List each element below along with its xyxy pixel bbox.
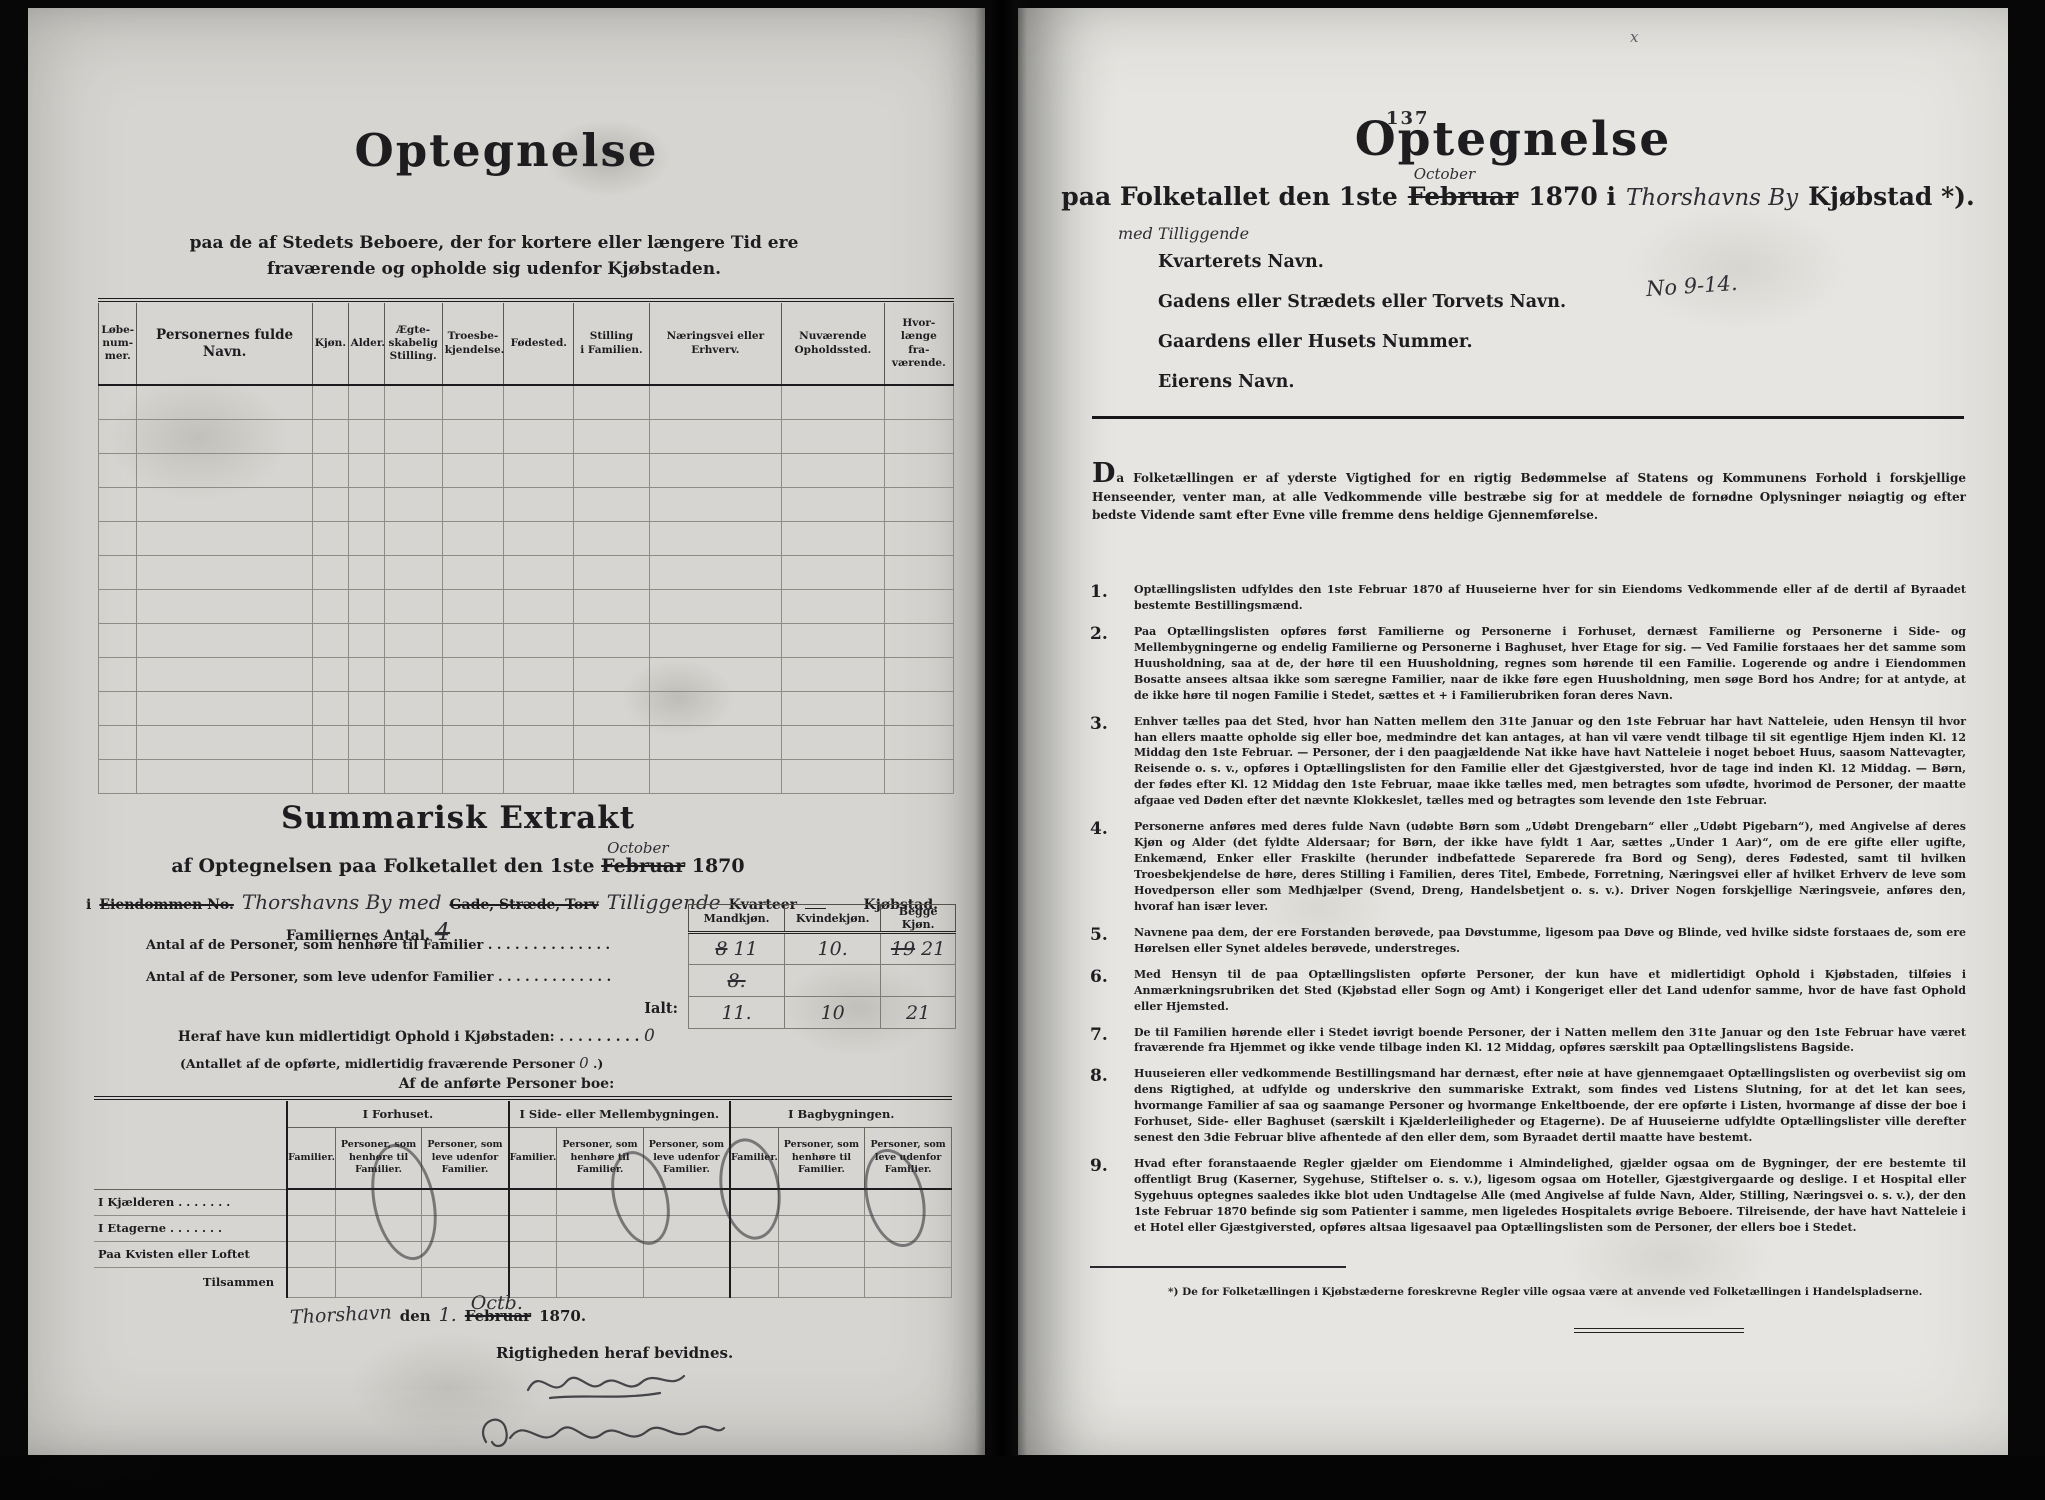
absence-table: Løbe- num- mer. Personernes fulde Navn. … bbox=[98, 303, 954, 794]
table-row bbox=[99, 589, 954, 623]
empty-cell bbox=[287, 1267, 335, 1297]
empty-cell bbox=[137, 385, 312, 419]
right-page-title: Optegnelse bbox=[1018, 112, 2008, 167]
empty-cell bbox=[442, 759, 504, 793]
instruction-number: 1. bbox=[1088, 582, 1134, 614]
empty-cell bbox=[348, 419, 384, 453]
empty-cell bbox=[504, 657, 574, 691]
empty-cell bbox=[782, 487, 885, 521]
address-line-owner: Eierens Navn. bbox=[1158, 372, 1294, 392]
instruction-text: Enhver tælles paa det Sted, hvor han Nat… bbox=[1134, 714, 1966, 810]
empty-cell bbox=[504, 521, 574, 555]
book-gutter bbox=[975, 0, 1027, 1500]
left-page-title: Optegnelse bbox=[28, 124, 985, 177]
empty-cell bbox=[99, 487, 137, 521]
extract-month-overwrite: Februar October bbox=[601, 855, 685, 877]
handwritten-value: 21 bbox=[906, 1002, 930, 1024]
row-label: Paa Kvisten eller Loftet bbox=[94, 1241, 287, 1267]
extract-title: Summarisk Extrakt bbox=[178, 800, 738, 836]
column-header: Alder. bbox=[348, 303, 384, 385]
address-line-street: Gadens eller Strædets eller Torvets Navn… bbox=[1158, 292, 1566, 312]
value-cell: 8. bbox=[689, 965, 785, 997]
empty-cell bbox=[649, 419, 782, 453]
dateline-month-overwrite: Februar Octb. bbox=[465, 1307, 531, 1325]
empty-cell bbox=[287, 1189, 335, 1215]
subject-pre: paa Folketallet den 1ste bbox=[1061, 182, 1397, 211]
subject-line: paa Folketallet den 1ste Februar October… bbox=[1068, 182, 1968, 211]
table-row bbox=[99, 691, 954, 725]
empty-cell bbox=[504, 555, 574, 589]
handwritten-month: October bbox=[1414, 165, 1475, 183]
empty-cell bbox=[778, 1215, 865, 1241]
empty-cell bbox=[137, 725, 312, 759]
empty-cell bbox=[884, 487, 953, 521]
handwritten-place: Thorshavns By med bbox=[242, 890, 442, 914]
empty-cell bbox=[649, 521, 782, 555]
empty-cell bbox=[384, 691, 442, 725]
empty-cell bbox=[99, 623, 137, 657]
empty-cell bbox=[574, 487, 649, 521]
absence-table-body bbox=[99, 385, 954, 793]
empty-cell bbox=[574, 691, 649, 725]
empty-cell bbox=[137, 691, 312, 725]
absent-label-pre: (Antallet af de opførte, midlertidig fra… bbox=[180, 1056, 575, 1071]
handwritten-day: 1. bbox=[439, 1304, 457, 1326]
instruction-text: Personerne anføres med deres fulde Navn … bbox=[1134, 819, 1966, 915]
empty-cell bbox=[287, 1215, 335, 1241]
empty-cell bbox=[649, 453, 782, 487]
subject-year: 1870 i bbox=[1528, 182, 1616, 211]
empty-cell bbox=[574, 725, 649, 759]
instruction-text: Navnene paa dem, der ere Forstanden berø… bbox=[1134, 925, 1966, 957]
struck-value: 8 bbox=[715, 938, 727, 960]
summary-header-row: Mandkjøn. Kvindekjøn. Begge Kjøn. bbox=[689, 905, 956, 933]
instruction-item: 4. Personerne anføres med deres fulde Na… bbox=[1088, 819, 1966, 915]
table-row bbox=[99, 657, 954, 691]
ink-blob bbox=[120, 1460, 160, 1474]
empty-cell bbox=[442, 521, 504, 555]
summary-count-table: Mandkjøn. Kvindekjøn. Begge Kjøn. 8 11 1… bbox=[688, 904, 956, 1029]
empty-cell bbox=[312, 725, 348, 759]
empty-cell bbox=[884, 589, 953, 623]
extract-subtitle-pre: af Optegnelsen paa Folketallet den 1ste bbox=[171, 855, 594, 877]
horizontal-rule bbox=[1092, 416, 1964, 419]
table-row bbox=[99, 623, 954, 657]
empty-cell bbox=[504, 759, 574, 793]
instruction-text: Med Hensyn til de paa Optællingslisten o… bbox=[1134, 967, 1966, 1015]
empty-cell bbox=[348, 453, 384, 487]
empty-cell bbox=[574, 385, 649, 419]
empty-cell bbox=[778, 1189, 865, 1215]
empty-cell bbox=[312, 657, 348, 691]
empty-cell bbox=[287, 1241, 335, 1267]
empty-cell bbox=[384, 555, 442, 589]
summary-row2-label: Antal af de Personer, som leve udenfor F… bbox=[146, 970, 611, 985]
struck-gade: Gade, Stræde, Torv bbox=[450, 897, 599, 913]
absent-persons-line: (Antallet af de opførte, midlertidig fra… bbox=[180, 1054, 603, 1072]
empty-cell bbox=[884, 521, 953, 555]
left-page: Optegnelse paa de af Stedets Beboere, de… bbox=[28, 8, 985, 1455]
empty-cell bbox=[442, 385, 504, 419]
empty-cell bbox=[504, 487, 574, 521]
summary-row1-label: Antal af de Personer, som henhøre til Fa… bbox=[146, 938, 610, 953]
empty-cell bbox=[384, 657, 442, 691]
empty-cell bbox=[384, 385, 442, 419]
empty-cell bbox=[778, 1241, 865, 1267]
empty-cell bbox=[442, 589, 504, 623]
value-cell: 8 11 bbox=[689, 933, 785, 965]
value-cell: 21 bbox=[881, 997, 956, 1029]
subcolumn-header: Familier. bbox=[287, 1127, 335, 1189]
instruction-item: 5. Navnene paa dem, der ere Forstanden b… bbox=[1088, 925, 1966, 957]
empty-cell bbox=[312, 521, 348, 555]
struck-eiendommen: Eiendommen No. bbox=[99, 897, 234, 913]
housing-row: I Etagerne . . . . . . . bbox=[94, 1215, 952, 1241]
document-scan: { "left_page": { "title": "Optegnelse", … bbox=[0, 0, 2045, 1500]
value-cell bbox=[785, 965, 881, 997]
column-header: Nuværende Opholdssted. bbox=[782, 303, 885, 385]
empty-cell bbox=[649, 589, 782, 623]
empty-cell bbox=[504, 589, 574, 623]
instruction-text: Huuseieren eller vedkommende Bestillings… bbox=[1134, 1066, 1966, 1146]
empty-cell bbox=[574, 555, 649, 589]
group-header: I Forhuset. bbox=[287, 1101, 508, 1127]
instruction-item: 8. Huuseieren eller vedkommende Bestilli… bbox=[1088, 1066, 1966, 1146]
right-page: 137 x Optegnelse paa Folketallet den 1st… bbox=[1018, 8, 2008, 1455]
empty-cell bbox=[312, 385, 348, 419]
empty-cell bbox=[348, 725, 384, 759]
value-cell: 19 21 bbox=[881, 933, 956, 965]
empty-cell bbox=[649, 487, 782, 521]
handwritten-value: 11. bbox=[721, 1002, 751, 1024]
empty-cell bbox=[782, 419, 885, 453]
empty-cell bbox=[504, 691, 574, 725]
value-cell: 11. bbox=[689, 997, 785, 1029]
column-header: Løbe- num- mer. bbox=[99, 303, 137, 385]
housing-row: Paa Kvisten eller Loftet bbox=[94, 1241, 952, 1267]
corner-cell bbox=[94, 1101, 287, 1189]
empty-cell bbox=[730, 1267, 778, 1297]
empty-cell bbox=[99, 419, 137, 453]
absent-label-post: .) bbox=[593, 1056, 603, 1071]
housing-row: I Kjælderen . . . . . . . bbox=[94, 1189, 952, 1215]
instruction-number: 9. bbox=[1088, 1156, 1134, 1236]
group-header: I Side- eller Mellembygningen. bbox=[509, 1101, 730, 1127]
column-header: Kvindekjøn. bbox=[785, 905, 881, 933]
subcolumn-header: Personer, som leve udenfor Familier. bbox=[422, 1127, 509, 1189]
signature bbox=[520, 1360, 690, 1404]
temporary-label: Heraf have kun midlertidigt Ophold i Kjø… bbox=[178, 1029, 639, 1045]
summary-row: 8. bbox=[689, 965, 956, 997]
empty-cell bbox=[384, 521, 442, 555]
column-header: Hvor- længe fra- værende. bbox=[884, 303, 953, 385]
instruction-item: 2. Paa Optællingslisten opføres først Fa… bbox=[1088, 624, 1966, 704]
handwritten-house-number: No 9-14. bbox=[1645, 271, 1738, 301]
subject-month-overwrite: Februar October bbox=[1408, 182, 1519, 211]
empty-cell bbox=[442, 555, 504, 589]
bottom-divider bbox=[1574, 1328, 1744, 1333]
empty-cell bbox=[99, 691, 137, 725]
handwritten-value: 11 bbox=[734, 938, 758, 960]
empty-cell bbox=[504, 623, 574, 657]
empty-cell bbox=[99, 589, 137, 623]
empty-cell bbox=[312, 691, 348, 725]
instructions-list: 1. Optællingslisten udfyldes den 1ste Fe… bbox=[1088, 582, 1966, 1246]
column-header: Fødested. bbox=[504, 303, 574, 385]
column-header: Kjøn. bbox=[312, 303, 348, 385]
instruction-item: 3. Enhver tælles paa det Sted, hvor han … bbox=[1088, 714, 1966, 810]
absent-value: 0 bbox=[579, 1054, 589, 1072]
instruction-text: Paa Optællingslisten opføres først Famil… bbox=[1134, 624, 1966, 704]
empty-cell bbox=[509, 1189, 557, 1215]
instruction-number: 7. bbox=[1088, 1025, 1134, 1057]
empty-cell bbox=[574, 521, 649, 555]
empty-cell bbox=[574, 759, 649, 793]
empty-cell bbox=[643, 1267, 730, 1297]
dateline-year: 1870. bbox=[539, 1307, 586, 1325]
empty-cell bbox=[312, 487, 348, 521]
empty-cell bbox=[335, 1267, 422, 1297]
empty-cell bbox=[384, 487, 442, 521]
empty-cell bbox=[137, 759, 312, 793]
empty-cell bbox=[504, 419, 574, 453]
column-header: Begge Kjøn. bbox=[881, 905, 956, 933]
instruction-text: De til Familien hørende eller i Stedet i… bbox=[1134, 1025, 1966, 1057]
summary-total-row: 11. 10 21 bbox=[689, 997, 956, 1029]
empty-cell bbox=[312, 589, 348, 623]
empty-cell bbox=[649, 385, 782, 419]
empty-cell bbox=[504, 453, 574, 487]
pencil-mark: x bbox=[1630, 28, 1638, 46]
left-page-subtitle: paa de af Stedets Beboere, der for korte… bbox=[156, 230, 832, 283]
struck-value: 19 bbox=[891, 938, 915, 960]
table-row bbox=[99, 555, 954, 589]
dateline: Thorshavn den 1. Februar Octb. 1870. bbox=[290, 1304, 586, 1326]
column-header: Troesbe- kjendelse. bbox=[442, 303, 504, 385]
empty-cell bbox=[782, 555, 885, 589]
absence-header-row: Løbe- num- mer. Personernes fulde Navn. … bbox=[99, 303, 954, 385]
instruction-number: 8. bbox=[1088, 1066, 1134, 1146]
empty-cell bbox=[782, 691, 885, 725]
empty-cell bbox=[348, 521, 384, 555]
location-lead: i bbox=[86, 897, 91, 913]
empty-cell bbox=[137, 623, 312, 657]
empty-cell bbox=[137, 555, 312, 589]
summary-row: 8 11 10. 19 21 bbox=[689, 933, 956, 965]
empty-cell bbox=[137, 487, 312, 521]
struck-value: 8. bbox=[727, 970, 745, 992]
temporary-stay-line: Heraf have kun midlertidigt Ophold i Kjø… bbox=[178, 1026, 655, 1046]
empty-cell bbox=[782, 589, 885, 623]
empty-cell bbox=[442, 725, 504, 759]
empty-cell bbox=[99, 657, 137, 691]
subcolumn-header: Familier. bbox=[509, 1127, 557, 1189]
value-cell: 10. bbox=[785, 933, 881, 965]
struck-month: Februar bbox=[1408, 182, 1519, 211]
absence-table-wrapper: Løbe- num- mer. Personernes fulde Navn. … bbox=[98, 298, 954, 794]
empty-cell bbox=[884, 725, 953, 759]
instruction-text: Hvad efter foranstaaende Regler gjælder … bbox=[1134, 1156, 1966, 1236]
empty-cell bbox=[557, 1267, 644, 1297]
summary-count-table-wrapper: Mandkjøn. Kvindekjøn. Begge Kjøn. 8 11 1… bbox=[688, 904, 956, 1029]
footnote: *) De for Folketællingen i Kjøbstæderne … bbox=[1168, 1286, 1928, 1298]
empty-cell bbox=[865, 1267, 952, 1297]
empty-cell bbox=[137, 419, 312, 453]
empty-cell bbox=[574, 453, 649, 487]
extract-subtitle-year: 1870 bbox=[692, 855, 745, 877]
empty-cell bbox=[574, 419, 649, 453]
empty-cell bbox=[782, 623, 885, 657]
empty-cell bbox=[504, 725, 574, 759]
address-line-quarter: Kvarterets Navn. bbox=[1158, 252, 1324, 272]
empty-cell bbox=[574, 657, 649, 691]
empty-cell bbox=[730, 1241, 778, 1267]
handwritten-month: October bbox=[607, 839, 668, 857]
instruction-number: 2. bbox=[1088, 624, 1134, 704]
empty-cell bbox=[348, 691, 384, 725]
table-row bbox=[99, 759, 954, 793]
empty-cell bbox=[884, 623, 953, 657]
signature bbox=[476, 1408, 728, 1454]
empty-cell bbox=[649, 725, 782, 759]
subject-post: Kjøbstad *). bbox=[1808, 182, 1975, 211]
empty-cell bbox=[778, 1267, 865, 1297]
intro-paragraph: Da Folketællingen er af yderste Vigtighe… bbox=[1092, 460, 1966, 525]
column-header: Mandkjøn. bbox=[689, 905, 785, 933]
address-line-housenumber: Gaardens eller Husets Nummer. bbox=[1158, 332, 1473, 352]
empty-cell bbox=[384, 419, 442, 453]
empty-cell bbox=[649, 657, 782, 691]
column-header: Stilling i Familien. bbox=[574, 303, 649, 385]
row-label: I Etagerne . . . . . . . bbox=[94, 1215, 287, 1241]
empty-cell bbox=[782, 385, 885, 419]
instruction-number: 4. bbox=[1088, 819, 1134, 915]
empty-cell bbox=[348, 385, 384, 419]
empty-cell bbox=[884, 419, 953, 453]
empty-cell bbox=[99, 385, 137, 419]
subcolumn-header: Personer, som henhøre til Familier. bbox=[778, 1127, 865, 1189]
extract-subtitle: af Optegnelsen paa Folketallet den 1ste … bbox=[118, 855, 798, 877]
empty-cell bbox=[422, 1241, 509, 1267]
handwritten-town: Thorshavns By bbox=[1626, 185, 1798, 211]
empty-cell bbox=[442, 657, 504, 691]
housing-table-wrapper: I Forhuset. I Side- eller Mellembygninge… bbox=[94, 1096, 952, 1298]
empty-cell bbox=[312, 453, 348, 487]
empty-cell bbox=[99, 453, 137, 487]
empty-cell bbox=[442, 453, 504, 487]
table-row bbox=[99, 385, 954, 419]
empty-cell bbox=[884, 385, 953, 419]
empty-cell bbox=[384, 589, 442, 623]
scan-bottom-edge bbox=[0, 1456, 2045, 1500]
empty-cell bbox=[137, 521, 312, 555]
housing-caption: Af de anførte Personer boe: bbox=[28, 1076, 985, 1092]
table-row bbox=[99, 487, 954, 521]
empty-cell bbox=[137, 453, 312, 487]
empty-cell bbox=[649, 759, 782, 793]
empty-cell bbox=[348, 487, 384, 521]
empty-cell bbox=[884, 657, 953, 691]
empty-cell bbox=[643, 1241, 730, 1267]
empty-cell bbox=[312, 759, 348, 793]
table-row bbox=[99, 725, 954, 759]
empty-cell bbox=[99, 725, 137, 759]
value-cell: 10 bbox=[785, 997, 881, 1029]
empty-cell bbox=[442, 691, 504, 725]
empty-cell bbox=[137, 657, 312, 691]
table-row bbox=[99, 419, 954, 453]
empty-cell bbox=[384, 725, 442, 759]
empty-cell bbox=[557, 1241, 644, 1267]
empty-cell bbox=[782, 657, 885, 691]
empty-cell bbox=[782, 759, 885, 793]
housing-group-row: I Forhuset. I Side- eller Mellembygninge… bbox=[94, 1101, 952, 1127]
dateline-den: den bbox=[400, 1307, 431, 1325]
empty-cell bbox=[348, 555, 384, 589]
empty-cell bbox=[884, 555, 953, 589]
handwritten-value: 10. bbox=[818, 938, 848, 960]
empty-cell bbox=[884, 759, 953, 793]
handwritten-place: Thorshavn bbox=[289, 1301, 392, 1328]
empty-cell bbox=[348, 589, 384, 623]
empty-cell bbox=[384, 759, 442, 793]
row-label: I Kjælderen . . . . . . . bbox=[94, 1189, 287, 1215]
handwritten-value: 21 bbox=[921, 938, 945, 960]
instruction-item: 9. Hvad efter foranstaaende Regler gjæld… bbox=[1088, 1156, 1966, 1236]
struck-month: Februar bbox=[601, 855, 685, 877]
empty-cell bbox=[649, 691, 782, 725]
empty-cell bbox=[574, 623, 649, 657]
instruction-item: 6. Med Hensyn til de paa Optællingsliste… bbox=[1088, 967, 1966, 1015]
empty-cell bbox=[782, 453, 885, 487]
empty-cell bbox=[782, 725, 885, 759]
empty-cell bbox=[649, 555, 782, 589]
empty-cell bbox=[99, 759, 137, 793]
table-row bbox=[99, 453, 954, 487]
footnote-rule bbox=[1090, 1266, 1346, 1268]
empty-cell bbox=[384, 453, 442, 487]
instruction-text: Optællingslisten udfyldes den 1ste Febru… bbox=[1134, 582, 1966, 614]
empty-cell bbox=[137, 589, 312, 623]
empty-cell bbox=[312, 623, 348, 657]
instruction-number: 3. bbox=[1088, 714, 1134, 810]
empty-cell bbox=[649, 623, 782, 657]
handwritten-note: med Tilliggende bbox=[1118, 224, 1249, 243]
empty-cell bbox=[442, 419, 504, 453]
instruction-number: 5. bbox=[1088, 925, 1134, 957]
column-header: Næringsvei eller Erhverv. bbox=[649, 303, 782, 385]
column-header: Personernes fulde Navn. bbox=[137, 303, 312, 385]
empty-cell bbox=[782, 521, 885, 555]
empty-cell bbox=[442, 623, 504, 657]
temporary-value: 0 bbox=[644, 1026, 655, 1046]
instruction-item: 1. Optællingslisten udfyldes den 1ste Fe… bbox=[1088, 582, 1966, 614]
row-label: Tilsammen bbox=[94, 1267, 287, 1297]
instruction-number: 6. bbox=[1088, 967, 1134, 1015]
empty-cell bbox=[348, 759, 384, 793]
value-cell bbox=[881, 965, 956, 997]
housing-table: I Forhuset. I Side- eller Mellembygninge… bbox=[94, 1101, 952, 1298]
empty-cell bbox=[312, 555, 348, 589]
instruction-item: 7. De til Familien hørende eller i Stede… bbox=[1088, 1025, 1966, 1057]
empty-cell bbox=[384, 623, 442, 657]
total-label: Ialt: bbox=[568, 1000, 678, 1017]
group-header: I Bagbygningen. bbox=[730, 1101, 951, 1127]
empty-cell bbox=[504, 385, 574, 419]
empty-cell bbox=[348, 657, 384, 691]
empty-cell bbox=[312, 419, 348, 453]
empty-cell bbox=[884, 453, 953, 487]
